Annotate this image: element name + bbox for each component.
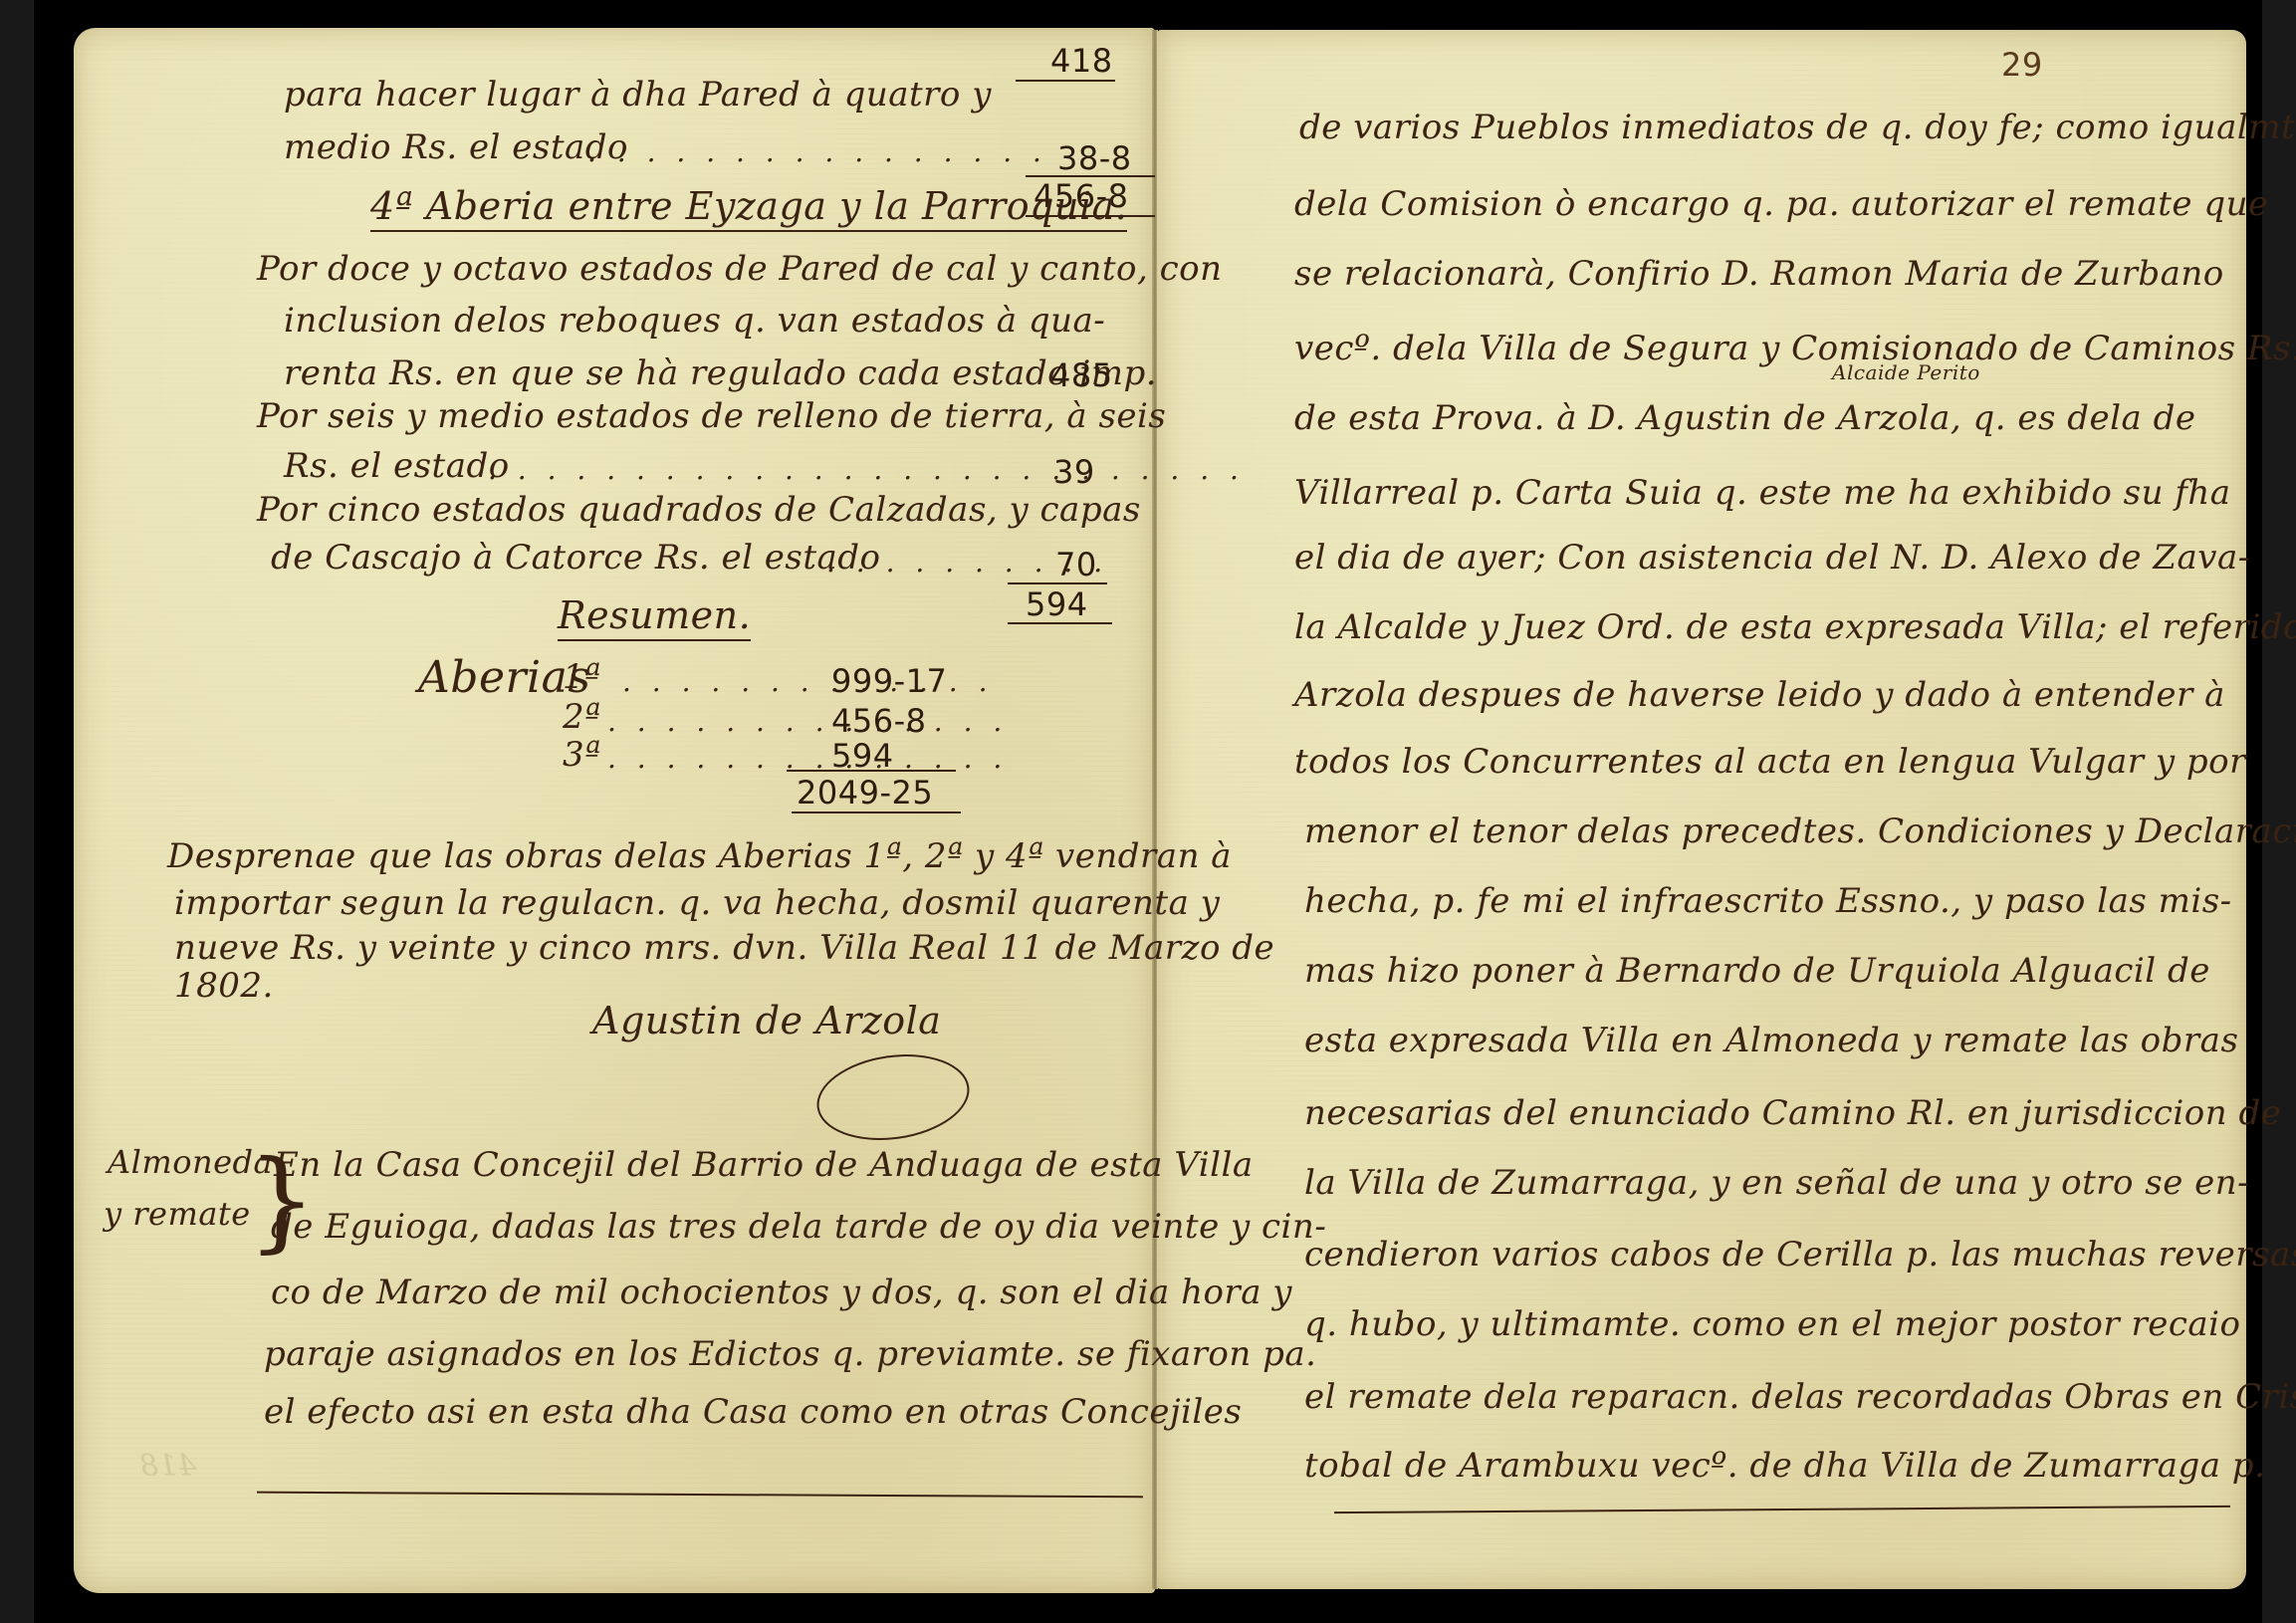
- item-line: inclusion delos reboques q. van estados …: [284, 301, 1105, 341]
- leader-dots: . . . . . . . . . . . . . . . .: [587, 135, 1047, 168]
- text-line: vecº. dela Villa de Segura y Comisionado…: [1294, 329, 2296, 368]
- rule: [792, 811, 961, 813]
- text-line: dela Comision ò encargo q. pa. autorizar…: [1294, 184, 2269, 224]
- text-line: cendieron varios cabos de Cerilla p. las…: [1304, 1235, 2296, 1275]
- resumen-total: 2049-25: [797, 774, 933, 811]
- rule: [787, 770, 956, 772]
- almoneda-line: de Eguioga, dadas las tres dela tarde de…: [271, 1207, 1326, 1247]
- resumen-ordinal: 3ª: [563, 735, 601, 775]
- text-line: q. hubo, y ultimamte. como en el mejor p…: [1304, 1304, 2241, 1344]
- text-line: de esta Prova. à D. Agustin de Arzola, q…: [1294, 398, 2195, 438]
- folio-number: 29: [2001, 46, 2043, 84]
- closing-line: nueve Rs. y veinte y cinco mrs. dvn. Vil…: [174, 928, 1274, 968]
- closing-line: importar segun la regulacn. q. va hecha,…: [174, 883, 1220, 923]
- text-line: la Alcalde y Juez Ord. de esta expresada…: [1294, 607, 2296, 647]
- resumen-amount: 999-17: [831, 662, 947, 700]
- almoneda-line: En la Casa Concejil del Barrio de Anduag…: [274, 1145, 1254, 1185]
- item-line: Rs. el estado: [284, 446, 510, 486]
- scan-border-left: [0, 0, 34, 1623]
- rule: [1016, 80, 1115, 82]
- text-line: el dia de ayer; Con asistencia del N. D.…: [1294, 538, 2250, 578]
- text-line: para hacer lugar à dha Pared à quatro y: [284, 75, 992, 115]
- text-line: la Villa de Zumarraga, y en señal de una…: [1304, 1163, 2249, 1203]
- text-line: el remate dela reparacn. delas recordada…: [1304, 1377, 2296, 1417]
- signature: Agustin de Arzola: [592, 999, 941, 1043]
- item-line: de Cascajo à Catorce Rs. el estado: [271, 538, 880, 578]
- closing-line: 1802.: [174, 966, 274, 1006]
- item-line: renta Rs. en que se hà regulado cada est…: [284, 353, 1157, 393]
- section-heading: 4ª Aberia entre Eyzaga y la Parroquia.: [370, 184, 1127, 232]
- item-line: Por seis y medio estados de relleno de t…: [257, 396, 1166, 436]
- item-amount: 485: [1050, 356, 1113, 394]
- almoneda-line: el efecto asi en esta dha Casa como en o…: [264, 1392, 1242, 1432]
- text-line: Arzola despues de haverse leido y dado à…: [1294, 675, 2225, 715]
- text-line: necesarias del enunciado Camino Rl. en j…: [1304, 1093, 2281, 1133]
- item-amount: 39: [1053, 453, 1095, 491]
- leader-dots: . . . . . . . . . . . . . .: [607, 705, 1008, 738]
- rule: [1008, 622, 1112, 624]
- resumen-ordinal: 2ª: [563, 697, 601, 737]
- section-total: 594: [1026, 585, 1088, 623]
- item-line: Por doce y octavo estados de Pared de ca…: [257, 249, 1223, 289]
- resumen-title: Resumen.: [558, 593, 751, 641]
- text-line: medio Rs. el estado: [284, 127, 628, 167]
- resumen-ordinal: 1ª: [563, 657, 601, 697]
- almoneda-line: paraje asignados en los Edictos q. previ…: [264, 1334, 1316, 1374]
- closing-line: Desprenae que las obras delas Aberias 1ª…: [167, 836, 1232, 876]
- text-line: menor el tenor delas precedtes. Condicio…: [1304, 811, 2296, 851]
- item-amount: 70: [1055, 546, 1097, 583]
- text-line: mas hizo poner à Bernardo de Urquiola Al…: [1304, 951, 2210, 991]
- bleed-through-number: 418: [139, 1449, 196, 1484]
- text-line: de varios Pueblos inmediatos de q. doy f…: [1299, 108, 2296, 147]
- leader-dots: . . . . . . . . . . . . . . . . . . . . …: [488, 453, 1245, 486]
- resumen-amount: 456-8: [831, 702, 926, 740]
- line-amount: 38-8: [1057, 139, 1132, 177]
- item-line: Por cinco estados quadrados de Calzadas,…: [257, 490, 1141, 530]
- text-line: se relacionarà, Confirio D. Ramon Maria …: [1294, 254, 2224, 294]
- text-line: todos los Concurrentes al acta en lengua…: [1294, 742, 2246, 782]
- text-line: hecha, p. fe mi el infraescrito Essno., …: [1304, 881, 2232, 921]
- almoneda-line: co de Marzo de mil ochocientos y dos, q.…: [271, 1273, 1292, 1312]
- carried-total: 418: [1050, 42, 1113, 80]
- text-line: Villarreal p. Carta Suia q. este me ha e…: [1294, 473, 2231, 513]
- rule: [1008, 582, 1107, 584]
- text-line: tobal de Arambuxu vecº. de dha Villa de …: [1304, 1446, 2265, 1486]
- text-line: esta expresada Villa en Almoneda y remat…: [1304, 1021, 2238, 1060]
- margin-note: y remate: [104, 1195, 251, 1233]
